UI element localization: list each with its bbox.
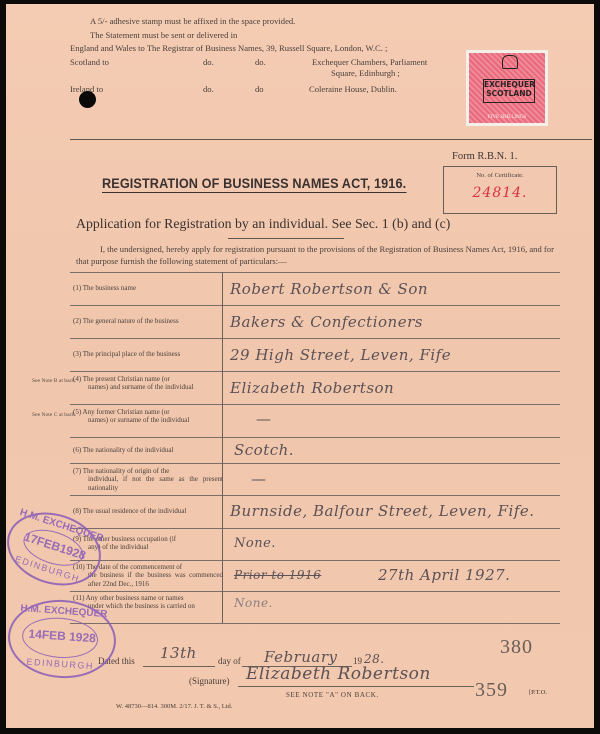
form-number: Form R.B.N. 1. — [452, 151, 517, 162]
row-divider — [70, 272, 560, 273]
dest-ireland-do1: do. — [203, 84, 214, 95]
dest-scotland-address2: Square, Edinburgh ; — [331, 68, 400, 79]
answer-9-other-occupation: None. — [234, 536, 276, 551]
registration-form-paper: A 5/- adhesive stamp must be affixed in … — [6, 4, 594, 728]
question-5-text-cont: names) or surname of the individual — [73, 416, 223, 424]
header-divider — [70, 139, 592, 140]
day-of-label: day of — [218, 656, 241, 666]
certificate-label: No. of Certificate. — [444, 172, 556, 179]
question-4: (4) The present Christian name (or names… — [73, 375, 223, 392]
overprint-line-2: SCOTLAND — [484, 89, 534, 98]
answer-10-commencement-date: 27th April 1927. — [378, 566, 510, 584]
dated-day: 13th — [160, 644, 197, 662]
question-4-text-cont: names) and surname of the individual — [73, 383, 223, 391]
signature-label: (Signature) — [189, 676, 230, 686]
application-title: Application for Registration by an indiv… — [76, 216, 450, 232]
answer-6-nationality: Scotch. — [234, 441, 294, 459]
row-divider — [70, 338, 560, 339]
question-3-text: (3) The principal place of the business — [73, 350, 180, 358]
stamped-number-359: 359 — [475, 679, 508, 702]
dest-ireland-address: Coleraine House, Dublin. — [309, 84, 397, 95]
question-6: (6) The nationality of the individual — [73, 446, 223, 454]
application-title-underline — [228, 238, 344, 239]
note-c: See Note C at back. — [32, 412, 76, 419]
question-2: (2) The general nature of the business — [73, 317, 223, 325]
note-b: See Note B at back. — [32, 378, 76, 385]
row-divider — [70, 591, 560, 592]
revenue-stamp: EXCHEQUER SCOTLAND FIVE SHILLINGS — [466, 50, 548, 126]
certificate-box: No. of Certificate. 24814. — [443, 166, 557, 214]
question-8: (8) The usual residence of the individua… — [73, 507, 223, 515]
question-2-text: (2) The general nature of the business — [73, 317, 179, 325]
question-7-text: (7) The nationality of origin of the — [73, 467, 169, 475]
answer-5-former-name: — — [256, 410, 272, 428]
question-4-text: (4) The present Christian name (or — [73, 375, 170, 383]
punch-hole — [79, 91, 96, 108]
dest-scotland-address: Exchequer Chambers, Parliament — [312, 57, 427, 68]
dest-ireland-do2: do — [255, 84, 264, 95]
answer-10-struck: Prior to 1916 — [234, 568, 321, 582]
answer-11-other-names: None. — [234, 596, 273, 610]
answer-4-name: Elizabeth Robertson — [230, 379, 394, 397]
question-8-text: (8) The usual residence of the individua… — [73, 507, 186, 515]
row-divider — [70, 623, 560, 624]
stamped-number-380: 380 — [500, 636, 533, 659]
question-5: (5) Any former Christian name (or names)… — [73, 408, 223, 425]
row-divider — [70, 560, 560, 561]
intro-statement: I, the undersigned, hereby apply for reg… — [76, 244, 566, 267]
dest-scotland-do2: do. — [255, 57, 266, 68]
dest-england: England and Wales to The Registrar of Bu… — [70, 43, 387, 54]
row-divider — [70, 463, 560, 464]
certificate-number: 24814. — [444, 185, 556, 201]
answer-7-origin: — — [251, 470, 267, 488]
row-divider — [70, 437, 560, 438]
revenue-stamp-design: EXCHEQUER SCOTLAND FIVE SHILLINGS — [469, 53, 545, 123]
question-6-text: (6) The nationality of the individual — [73, 446, 173, 454]
answer-8-residence: Burnside, Balfour Street, Leven, Fife. — [230, 502, 535, 520]
dest-scotland-place: Scotland to — [70, 57, 109, 68]
dest-england-place: England and Wales to — [70, 43, 145, 53]
stamp-instruction: A 5/- adhesive stamp must be affixed in … — [90, 16, 295, 27]
row-divider — [70, 404, 560, 405]
overprint-line-1: EXCHEQUER — [484, 80, 534, 89]
stamp-overprint: EXCHEQUER SCOTLAND — [483, 79, 535, 103]
question-3: (3) The principal place of the business — [73, 350, 223, 358]
row-divider — [70, 528, 560, 529]
day-fill-line — [143, 666, 215, 667]
delivery-instruction: The Statement must be sent or delivered … — [90, 30, 237, 41]
pto-label: [P.T.O. — [529, 689, 547, 696]
see-note-a: SEE NOTE "A" ON BACK. — [286, 691, 379, 699]
dest-scotland-do1: do. — [203, 57, 214, 68]
question-1: (1) The business name — [73, 284, 223, 292]
act-title: REGISTRATION OF BUSINESS NAMES ACT, 1916… — [102, 176, 406, 193]
row-divider — [70, 371, 560, 372]
row-divider — [70, 305, 560, 306]
stamp-value: FIVE SHILLINGS — [469, 115, 545, 120]
row-divider — [70, 495, 560, 496]
answer-1-business-name: Robert Robertson & Son — [230, 280, 428, 298]
printer-imprint: W. 48730—814. 300M. 2/17. J. T. & S., Lt… — [116, 703, 232, 710]
dest-england-address: The Registrar of Business Names, 39, Rus… — [147, 43, 388, 53]
question-10-text-cont: the business if the business was commenc… — [73, 571, 223, 588]
question-7-text-cont: individual, if not the same as the prese… — [73, 475, 223, 492]
signature: Elizabeth Robertson — [246, 664, 431, 684]
answer-3-place: 29 High Street, Leven, Fife — [230, 346, 451, 364]
question-5-text: (5) Any former Christian name (or — [73, 408, 170, 416]
exchequer-stamp-14feb: H.M. EXCHEQUER 14FEB 1928 EDINBURGH — [5, 596, 118, 681]
question-7: (7) The nationality of origin of the ind… — [73, 467, 223, 492]
answer-2-nature: Bakers & Confectioners — [230, 313, 423, 331]
question-1-text: (1) The business name — [73, 284, 136, 292]
signature-fill-line — [238, 686, 474, 687]
crown-icon — [502, 55, 518, 69]
question-11-text: (11) Any other business name or names — [73, 594, 184, 602]
